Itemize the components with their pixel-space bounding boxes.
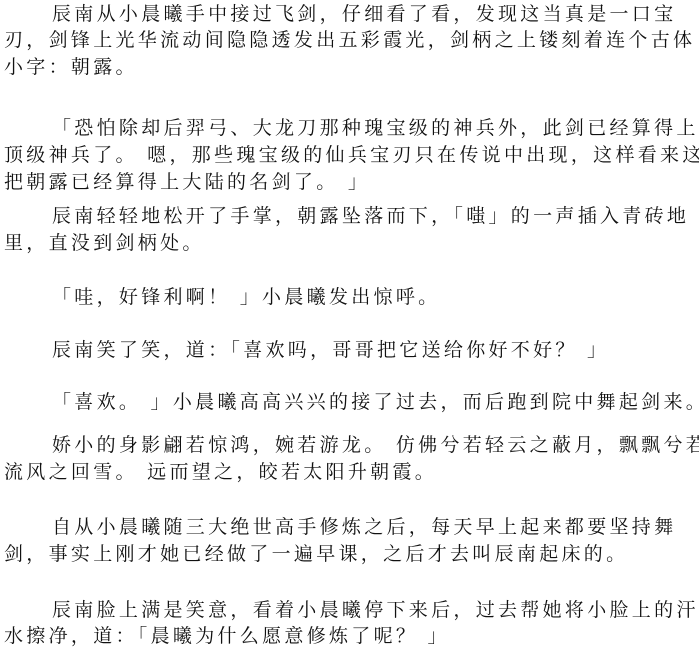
text-line: 把朝露已经算得上大陆的名剑了。 」 (4, 169, 370, 195)
document-page: 辰南从小晨曦手中接过飞剑，仔细看了看，发现这当真是一口宝 刃，剑锋上光华流动间隐… (0, 0, 699, 650)
text-line: 辰南笑了笑，道：「喜欢吗，哥哥把它送给你好不好？ 」 (52, 337, 609, 363)
text-line: 自从小晨曦随三大绝世高手修炼之后，每天早上起来都要坚持舞 (52, 514, 676, 540)
text-line: 辰南脸上满是笑意，看着小晨曦停下来后，过去帮她将小脸上的汗 (52, 597, 699, 623)
text-line: 流风之回雪。 远而望之，皎若太阳升朝霞。 (4, 459, 437, 485)
text-line: 顶级神兵了。 嗯，那些瑰宝级的仙兵宝刃只在传说中出现，这样看来这 (4, 142, 699, 168)
text-line: 里，直没到剑柄处。 (4, 230, 205, 256)
text-line: 辰南轻轻地松开了手掌，朝露坠落而下，「嗤」的一声插入青砖地 (52, 203, 689, 229)
text-line: 刃，剑锋上光华流动间隐隐透发出五彩霞光，剑柄之上镂刻着连个古体 (4, 27, 695, 53)
text-line: 「喜欢。 」小晨曦高高兴兴的接了过去，而后跑到院中舞起剑来。 (52, 389, 699, 415)
text-line: 辰南从小晨曦手中接过飞剑，仔细看了看，发现这当真是一口宝 (52, 1, 676, 27)
text-line: 「哇，好锋利啊！ 」小晨曦发出惊呼。 (52, 284, 440, 310)
text-line: 剑，事实上刚才她已经做了一遍早课，之后才去叫辰南起床的。 (4, 541, 628, 567)
text-line: 小字：朝露。 (4, 54, 138, 80)
text-line: 水擦净，道：「晨曦为什么愿意修炼了呢？ 」 (4, 623, 450, 649)
text-line: 娇小的身影翩若惊鸿，婉若游龙。 仿佛兮若轻云之蔽月，飘飘兮若 (52, 432, 699, 458)
text-line: 「恐怕除却后羿弓、大龙刀那种瑰宝级的神兵外，此剑已经算得上 (52, 115, 699, 141)
